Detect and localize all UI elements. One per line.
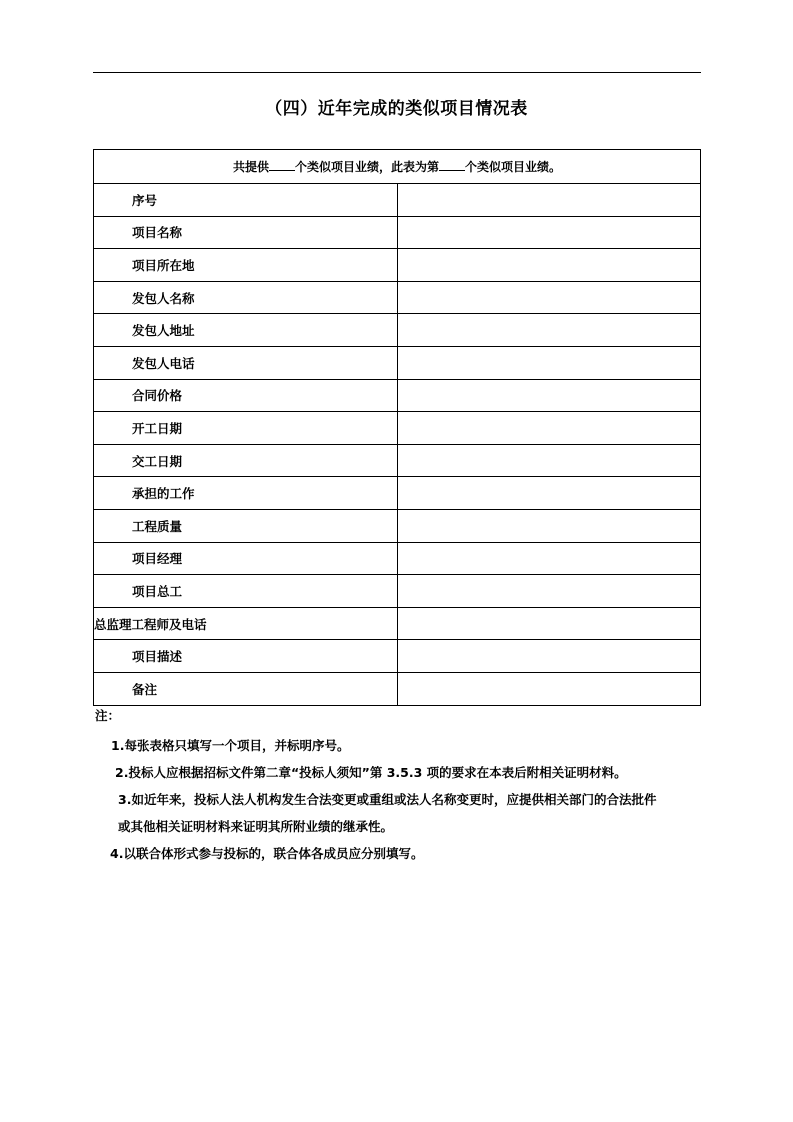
row-label: 工程质量 (94, 509, 398, 542)
table-row: 发包人地址 (94, 314, 701, 347)
header-rule (93, 72, 701, 73)
table-row: 开工日期 (94, 412, 701, 445)
project-info-table: 共提供个类似项目业绩，此表为第个类似项目业绩。 序号 项目名称 项目所在地 发包… (93, 149, 701, 706)
notes-heading: 注： (95, 706, 120, 724)
table-row: 交工日期 (94, 444, 701, 477)
note-item: 4.以联合体形式参与投标的，联合体各成员应分别填写。 (110, 844, 423, 862)
row-label: 备注 (94, 672, 398, 705)
table-row: 发包人名称 (94, 281, 701, 314)
table-row: 备注 (94, 672, 701, 705)
row-label: 项目总工 (94, 575, 398, 608)
table-row: 承担的工作 (94, 477, 701, 510)
row-label: 项目描述 (94, 640, 398, 673)
summary-cell: 共提供个类似项目业绩，此表为第个类似项目业绩。 (94, 150, 701, 184)
row-label: 开工日期 (94, 412, 398, 445)
summary-text-1: 共提供 (233, 160, 269, 174)
summary-row: 共提供个类似项目业绩，此表为第个类似项目业绩。 (94, 150, 701, 184)
note-item: 3.如近年来，投标人法人机构发生合法变更或重组或法人名称变更时，应提供相关部门的… (118, 790, 656, 808)
row-label: 发包人名称 (94, 281, 398, 314)
row-label: 项目名称 (94, 216, 398, 249)
row-label: 总监理工程师及电话 (94, 607, 398, 640)
row-value-field[interactable] (397, 184, 701, 217)
row-value-field[interactable] (397, 607, 701, 640)
note-item-continuation: 或其他相关证明材料来证明其所附业绩的继承性。 (118, 817, 393, 835)
row-value-field[interactable] (397, 575, 701, 608)
row-label: 项目所在地 (94, 249, 398, 282)
row-value-field[interactable] (397, 314, 701, 347)
row-label: 承担的工作 (94, 477, 398, 510)
table-row: 序号 (94, 184, 701, 217)
row-value-field[interactable] (397, 542, 701, 575)
row-value-field[interactable] (397, 477, 701, 510)
page-title: （四）近年完成的类似项目情况表 (0, 94, 793, 119)
row-label: 项目经理 (94, 542, 398, 575)
row-value-field[interactable] (397, 346, 701, 379)
note-item: 1.每张表格只填写一个项目，并标明序号。 (111, 736, 349, 754)
row-value-field[interactable] (397, 379, 701, 412)
row-label: 序号 (94, 184, 398, 217)
table-row: 项目所在地 (94, 249, 701, 282)
table-row: 项目经理 (94, 542, 701, 575)
table-row: 项目描述 (94, 640, 701, 673)
row-label: 合同价格 (94, 379, 398, 412)
table-row: 发包人电话 (94, 346, 701, 379)
row-value-field[interactable] (397, 509, 701, 542)
table-row: 工程质量 (94, 509, 701, 542)
row-label: 发包人电话 (94, 346, 398, 379)
row-value-field[interactable] (397, 640, 701, 673)
table-row: 项目名称 (94, 216, 701, 249)
index-blank[interactable] (439, 160, 465, 171)
table-row: 合同价格 (94, 379, 701, 412)
note-item: 2.投标人应根据招标文件第二章“投标人须知”第 3.5.3 项的要求在本表后附相… (115, 763, 627, 781)
row-value-field[interactable] (397, 412, 701, 445)
row-value-field[interactable] (397, 444, 701, 477)
row-label: 交工日期 (94, 444, 398, 477)
row-label: 发包人地址 (94, 314, 398, 347)
row-value-field[interactable] (397, 249, 701, 282)
row-value-field[interactable] (397, 216, 701, 249)
table-row: 总监理工程师及电话 (94, 607, 701, 640)
table-row: 项目总工 (94, 575, 701, 608)
row-value-field[interactable] (397, 281, 701, 314)
summary-text-3: 个类似项目业绩。 (465, 160, 561, 174)
summary-text-2: 个类似项目业绩，此表为第 (295, 160, 439, 174)
row-value-field[interactable] (397, 672, 701, 705)
total-count-blank[interactable] (269, 160, 295, 171)
